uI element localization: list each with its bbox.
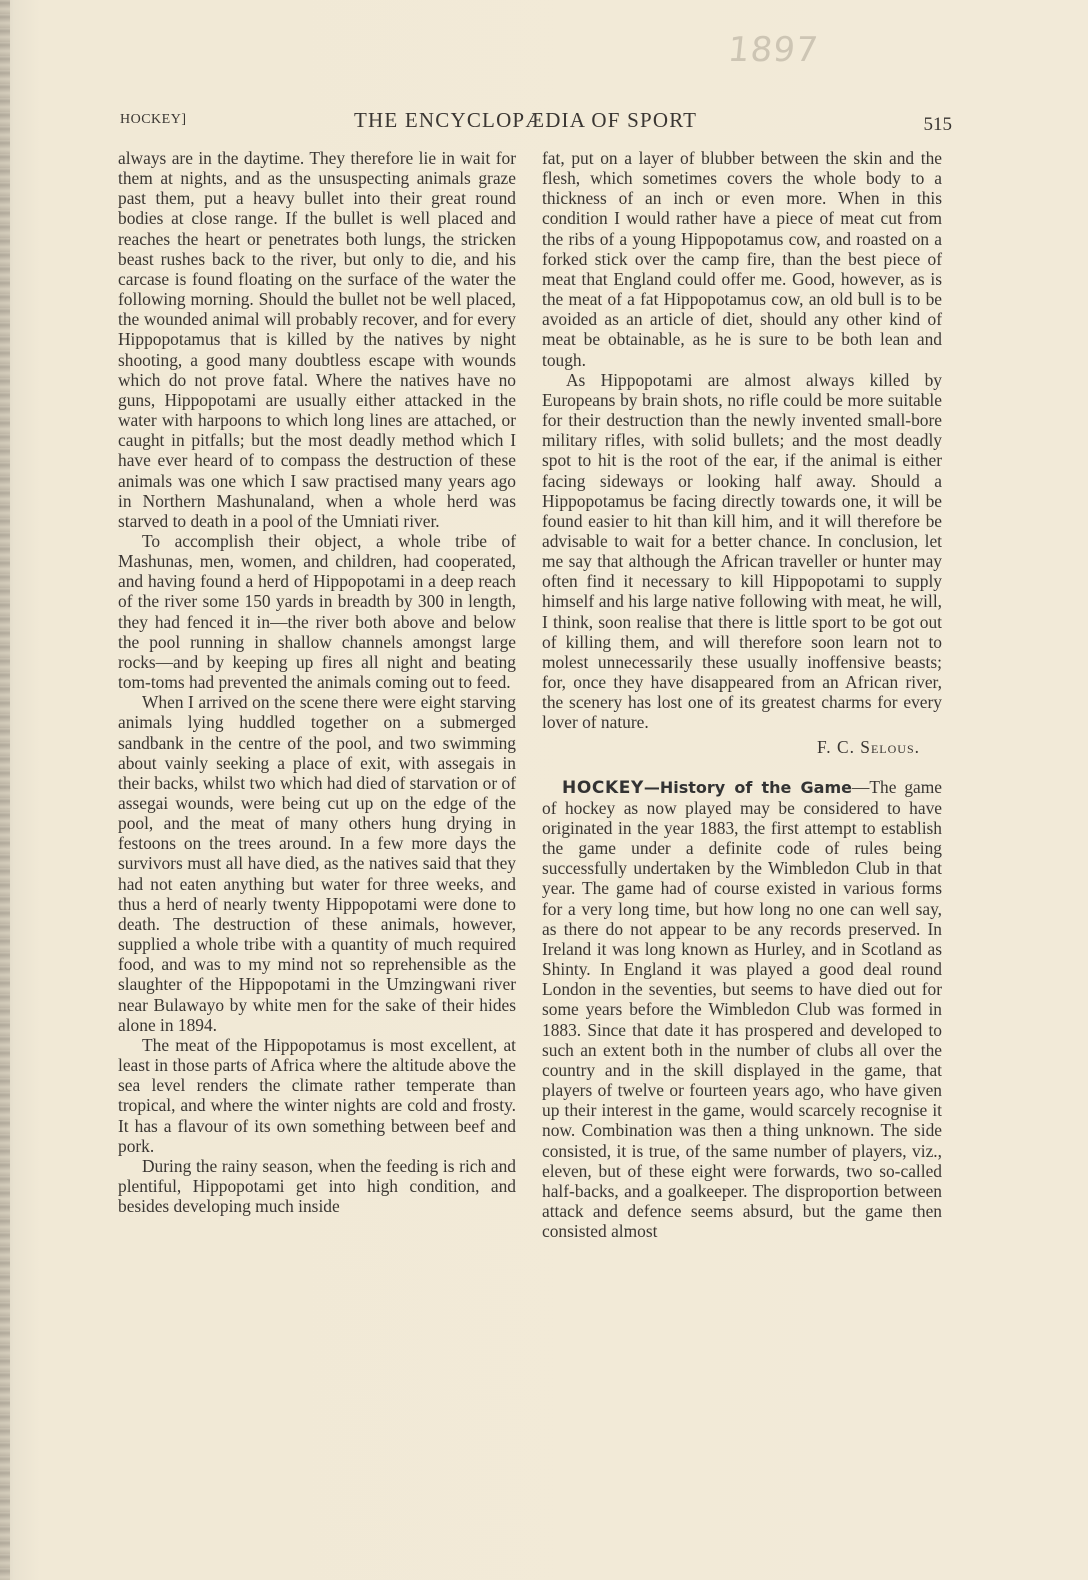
paragraph: When I arrived on the scene there were e… [118,692,516,1035]
pencil-annotation: 1897 [726,30,821,70]
paragraph: always are in the daytime. They therefor… [118,148,516,531]
running-title: THE ENCYCLOPÆDIA OF SPORT [354,108,697,133]
paragraph: fat, put on a layer of blubber between t… [542,148,942,370]
paragraph: The meat of the Hippopotamus is most exc… [118,1035,516,1156]
paragraph: As Hippopotami are almost always killed … [542,370,942,733]
section-label: HOCKEY] [120,112,187,128]
book-page: 1897 HOCKEY] THE ENCYCLOPÆDIA OF SPORT 5… [0,0,1088,1580]
hockey-section: HOCKEY—History of the Game—The game of h… [542,777,942,1242]
signature-text: F. C. Selous. [817,737,920,757]
author-signature: F. C. Selous. [542,737,942,757]
paragraph: —The game of hockey as now played may be… [542,777,942,1241]
left-column: always are in the daytime. They therefor… [118,148,516,1216]
page-number: 515 [924,114,953,136]
paragraph: During the rainy season, when the feedin… [118,1156,516,1216]
book-spine-edge [0,0,10,1580]
running-header: HOCKEY] THE ENCYCLOPÆDIA OF SPORT 515 [120,108,952,138]
paragraph: To accomplish their object, a whole trib… [118,531,516,692]
right-column: fat, put on a layer of blubber between t… [542,148,942,1241]
section-subheading: —History of the Game [644,778,852,797]
section-heading: HOCKEY [562,778,644,798]
